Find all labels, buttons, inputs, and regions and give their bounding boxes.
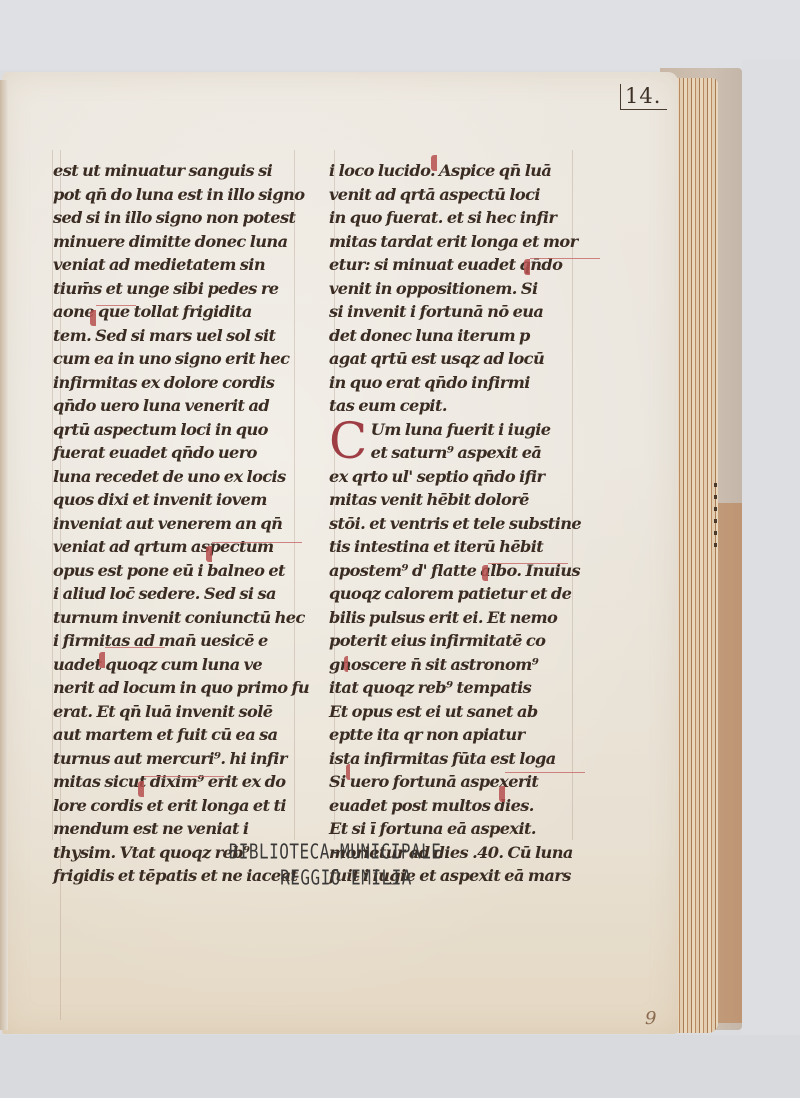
text-line: turnus aut mercuri⁹. hi infir: [53, 747, 308, 771]
text-line: eptte ita qr non apiatur: [329, 723, 591, 747]
text-line: si invenit i fortunā nō eua: [329, 300, 591, 324]
text-line: nerit ad locum in quo primo fu: [53, 676, 308, 700]
text-line: itat quoqz reb⁹ tempatis: [329, 676, 591, 700]
text-line: gnoscere n̄ sit astronom⁹: [329, 653, 591, 677]
text-line: uadet quoqz cum luna ve: [53, 653, 308, 677]
rubric-mark: [346, 764, 350, 780]
gutter-shadow: [0, 80, 8, 1030]
text-line: mendum est ne veniat i: [53, 817, 308, 841]
rubric-stroke: [105, 647, 165, 648]
decorated-initial: C: [329, 420, 367, 462]
text-line: inveniat aut venerem an qn̄: [53, 512, 308, 536]
text-line: erat. Et qn̄ luā invenit solē: [53, 700, 308, 724]
text-column-left: est ut minuatur sanguis si pot qn̄ do lu…: [53, 159, 308, 888]
rubric-stroke: [488, 563, 568, 564]
background-top: [0, 0, 800, 70]
text-line: venit ad qrtā aspectū loci: [329, 183, 591, 207]
library-stamp: BIBLIOTECA-MUNICIPALE REGGIO EMILIA: [215, 842, 455, 887]
text-line: tem. Sed si mars uel sol sit: [53, 324, 308, 348]
text-line: stōi. et ventris et tele substine: [329, 512, 591, 536]
background-right: [742, 60, 800, 1040]
text-line: bilis pulsus erit ei. Et nemo: [329, 606, 591, 630]
rubric-stroke: [212, 542, 302, 543]
text-line: mitas tardat erit longa et mor: [329, 230, 591, 254]
text-line: tium̄s et unge sibi pedes re: [53, 277, 308, 301]
stamp-library-name: BIBLIOTECA-MUNICIPALE: [215, 840, 455, 864]
text-line: fuerat euadet qn̄do uero: [53, 441, 308, 465]
rubric-mark: [524, 259, 530, 275]
text-line: tas eum cepit.: [329, 394, 591, 418]
text-line: det donec luna iterum p: [329, 324, 591, 348]
rubric-stroke: [144, 776, 224, 777]
rubric-stroke: [96, 305, 136, 306]
text-line: ista infirmitas fūta est loga: [329, 747, 591, 771]
text-line: veniat ad medietatem sin: [53, 253, 308, 277]
text-line: i loco lucido. Aspice qn̄ luā: [329, 159, 591, 183]
rubric-mark: [138, 781, 144, 797]
fore-edge-marks: [714, 475, 720, 615]
text-line: infirmitas ex dolore cordis: [53, 371, 308, 395]
text-line: mitas sicut dixim⁹ erit ex do: [53, 770, 308, 794]
text-line: quos dixi et invenit iovem: [53, 488, 308, 512]
text-line: quoqz calorem patietur et de: [329, 582, 591, 606]
text-line: Um luna fuerit i iugie: [329, 418, 591, 442]
stamp-city: REGGIO EMILIA: [215, 866, 455, 890]
text-line: agat qrtū est usqz ad locū: [329, 347, 591, 371]
text-line: sed si in illo signo non potest: [53, 206, 308, 230]
text-line: minuere dimitte donec luna: [53, 230, 308, 254]
rubric-mark: [344, 656, 348, 672]
bottom-page-mark: 9: [645, 1008, 656, 1029]
text-line: i firmitas ad man̄ uesicē e: [53, 629, 308, 653]
text-line: turnum invenit coniunctū hec: [53, 606, 308, 630]
text-column-right: i loco lucido. Aspice qn̄ luā venit ad q…: [329, 159, 591, 888]
text-line: venit in oppositionem. Si: [329, 277, 591, 301]
rubric-mark: [90, 310, 96, 326]
text-line: i aliud loc̄ sedere. Sed si sa: [53, 582, 308, 606]
rubric-stroke: [505, 772, 585, 773]
text-line: est ut minuatur sanguis si: [53, 159, 308, 183]
text-line: qn̄do uero luna venerit ad: [53, 394, 308, 418]
text-line: Si uero fortunā aspexerit: [329, 770, 591, 794]
text-line: luna recedet de uno ex locis: [53, 465, 308, 489]
text-line: mitas venit hēbit dolorē: [329, 488, 591, 512]
text-line: qrtū aspectum loci in quo: [53, 418, 308, 442]
text-line: pot qn̄ do luna est in illo signo: [53, 183, 308, 207]
text-line: ex qrto ul' septio qn̄do ifir: [329, 465, 591, 489]
text-line: etur: si minuat euadet qn̄do: [329, 253, 591, 277]
text-line: et saturn⁹ aspexit eā: [329, 441, 591, 465]
rubric-stroke: [530, 258, 600, 259]
rubric-mark: [482, 565, 488, 581]
rubric-mark: [499, 786, 505, 802]
text-line: cum ea in uno signo erit hec: [53, 347, 308, 371]
text-line: aut martem et fuit cū ea sa: [53, 723, 308, 747]
text-line: lore cordis et erit longa et ti: [53, 794, 308, 818]
folio-number: 14.: [620, 84, 667, 110]
rubric-mark: [206, 546, 212, 562]
text-line: Et si ī fortuna eā aspexit.: [329, 817, 591, 841]
rubric-mark: [99, 652, 105, 668]
text-line: euadet post multos dies.: [329, 794, 591, 818]
background-bottom: [0, 1035, 800, 1098]
text-line: tis intestina et iterū hēbit: [329, 535, 591, 559]
text-line: in quo erat qn̄do infirmi: [329, 371, 591, 395]
text-line: veniat ad qrtum aspectum: [53, 535, 308, 559]
text-line: poterit eius infirmitatē co: [329, 629, 591, 653]
text-line: opus est pone eū i balneo et: [53, 559, 308, 583]
text-line: in quo fuerat. et si hec infir: [329, 206, 591, 230]
text-line: Et opus est ei ut sanet ab: [329, 700, 591, 724]
rubric-mark: [431, 155, 437, 171]
paragraph-with-initial: C Um luna fuerit i iugie et saturn⁹ aspe…: [329, 418, 591, 465]
